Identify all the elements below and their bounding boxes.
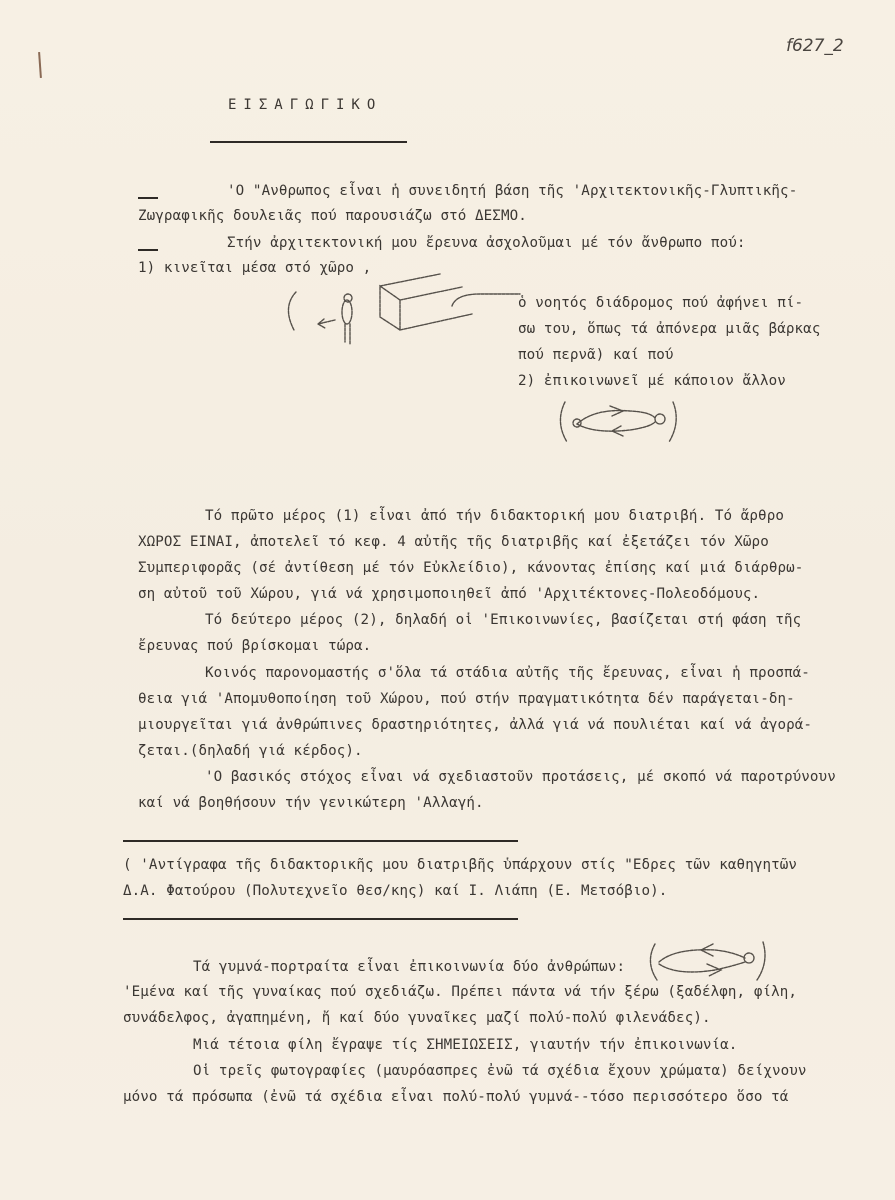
- archive-id: f627_2: [786, 36, 844, 56]
- paragraph-line: Στήν ἀρχιτεκτονική μου ἔρευνα ἀσχολοῦμαι…: [227, 234, 746, 252]
- margin-mark: [38, 52, 42, 78]
- body-line: ΧΩΡΟΣ ΕΙΝΑΙ, ἀποτελεῖ τό κεφ. 4 αὐτῆς τῆ…: [138, 533, 769, 551]
- paragraph-dash: [138, 249, 158, 251]
- closing-line: 'Εμένα καί τῆς γυναίκας πού σχεδιάζω. Πρ…: [123, 983, 797, 1001]
- document-page: f627_2 ΕΙΣΑΓΩΓΙΚΟ 'Ο "Ανθρωπος εἶναι ἡ σ…: [0, 0, 895, 1200]
- body-line: ἔρευνας πού βρίσκομαι τώρα.: [138, 637, 371, 655]
- side-note-line: ὁ νοητός διάδρομος πού ἀφήνει πί-: [518, 294, 803, 312]
- body-line: μιουργεῖται γιά ἀνθρώπινες δραστηριότητε…: [138, 716, 812, 734]
- body-line: Τό δεύτερο μέρος (2), δηλαδή οἱ 'Επικοιν…: [205, 611, 801, 629]
- footnote-line: ( 'Αντίγραφα τῆς διδακτορικῆς μου διατρι…: [123, 856, 797, 874]
- body-line: καί νά βοηθήσουν τήν γενικώτερη 'Αλλαγή.: [138, 794, 484, 812]
- paragraph-line: Ζωγραφικῆς δουλειᾶς πού παρουσιάζω στό Δ…: [138, 207, 527, 225]
- person-moving-corridor-sketch: [280, 272, 520, 352]
- title-underline: [210, 141, 407, 143]
- closing-line: Οἱ τρεῖς φωτογραφίες (μαυρόασπρες ἐνῶ τά…: [193, 1062, 807, 1080]
- side-note-line: πού περνᾶ) καί πού: [518, 346, 674, 364]
- body-line: Συμπεριφορᾶς (σέ ἀντίθεση μέ τόν Εὐκλείδ…: [138, 559, 803, 577]
- side-note-line: 2) ἐπικοινωνεῖ μέ κάποιον ἄλλον: [518, 372, 786, 390]
- body-line: 'Ο βασικός στόχος εἶναι νά σχεδιαστοῦν π…: [205, 768, 836, 786]
- body-line: ζεται.(δηλαδή γιά κέρδος).: [138, 742, 363, 760]
- body-line: Κοινός παρονομαστής σ'ὅλα τά στάδια αὐτῆ…: [205, 664, 810, 682]
- closing-line: Τά γυμνά-πορτραίτα εἶναι ἐπικοινωνία δύο…: [193, 958, 625, 976]
- closing-line: Μιά τέτοια φίλη ἔγραψε τίς ΣΗΜΕΙΩΣΕΙΣ, γ…: [193, 1036, 737, 1054]
- side-note-line: σω του, ὅπως τά ἀπόνερα μιᾶς βάρκας: [518, 320, 820, 338]
- footnote-line: Δ.Α. Φατούρου (Πολυτεχνεῖο θεσ/κης) καί …: [123, 882, 667, 900]
- paragraph-line: 'Ο "Ανθρωπος εἶναι ἡ συνειδητή βάση τῆς …: [227, 182, 797, 200]
- paragraph-dash: [138, 197, 158, 199]
- closing-line: μόνο τά πρόσωπα (ἐνῶ τά σχέδια εἶναι πολ…: [123, 1088, 788, 1106]
- body-line: ση αὐτοῦ τοῦ Χώρου, γιά νά χρησιμοποιηθε…: [138, 585, 760, 603]
- two-figures-communication-sketch: [555, 398, 685, 448]
- body-line: θεια γιά 'Απομυθοποίηση τοῦ Χώρου, πού σ…: [138, 690, 795, 708]
- two-figures-portrait-sketch: [645, 940, 775, 985]
- page-title: ΕΙΣΑΓΩΓΙΚΟ: [228, 96, 382, 114]
- footnote-bottom-rule: [123, 918, 518, 920]
- closing-line: συνάδελφος, ἀγαπημένη, ἤ καί δύο γυναῖκε…: [123, 1009, 711, 1027]
- footnote-top-rule: [123, 840, 518, 842]
- body-line: Τό πρῶτο μέρος (1) εἶναι ἀπό τήν διδακτο…: [205, 507, 784, 525]
